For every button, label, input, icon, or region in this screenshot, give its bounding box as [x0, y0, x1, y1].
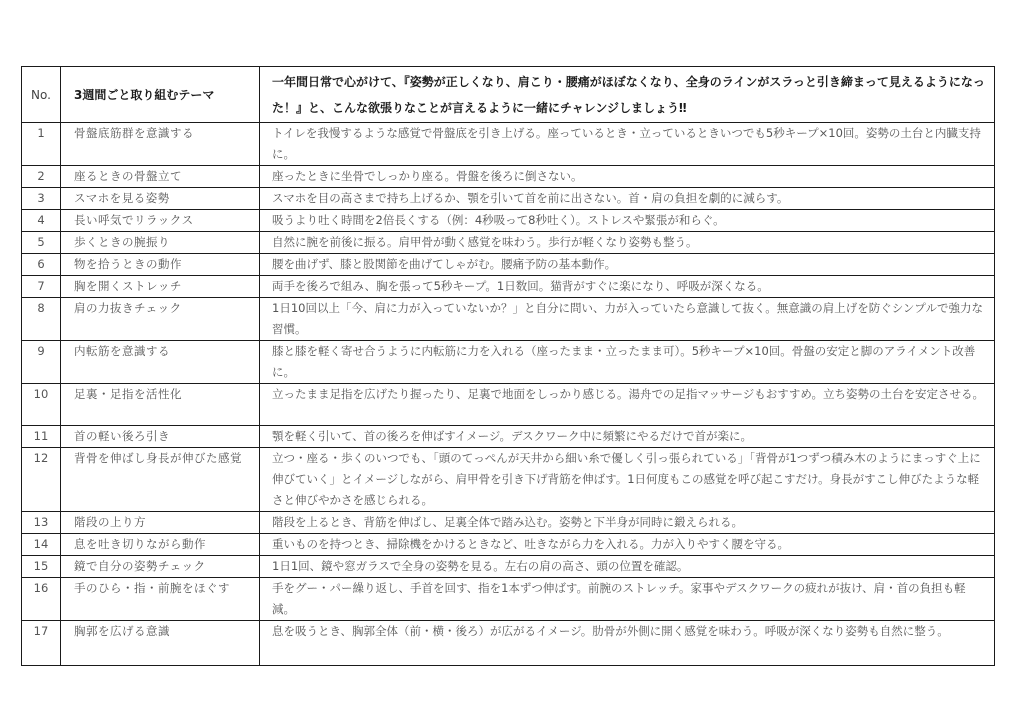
table-row: 17胸郭を広げる意識息を吸うとき、胸郭全体（前・横・後ろ）が広がるイメージ。肋骨… — [22, 621, 995, 666]
table-row: 12背骨を伸ばし身長が伸びた感覚立つ・座る・歩くのいつでも、「頭のてっぺんが天井… — [22, 448, 995, 512]
posture-challenge-sheet: No. 3週間ごと取り組むテーマ 一年間日常で心がけて、『姿勢が正しくなり、肩こ… — [21, 66, 994, 666]
row-description: 重いものを持つとき、掃除機をかけるときなど、吐きながら力を入れる。力が入りやすく… — [260, 534, 995, 556]
row-description: スマホを目の高さまで持ち上げるか、顎を引いて首を前に出さない。首・肩の負担を劇的… — [260, 188, 995, 210]
theme-table: No. 3週間ごと取り組むテーマ 一年間日常で心がけて、『姿勢が正しくなり、肩こ… — [21, 66, 995, 666]
table-row: 1骨盤底筋群を意識するトイレを我慢するような感覚で骨盤底を引き上げる。座っている… — [22, 123, 995, 166]
row-theme: 階段の上り方 — [61, 512, 260, 534]
row-theme: 物を拾うときの動作 — [61, 254, 260, 276]
row-description: トイレを我慢するような感覚で骨盤底を引き上げる。座っているとき・立っているときい… — [260, 123, 995, 166]
row-description: 息を吸うとき、胸郭全体（前・横・後ろ）が広がるイメージ。肋骨が外側に開く感覚を味… — [260, 621, 995, 666]
table-row: 14息を吐き切りながら動作重いものを持つとき、掃除機をかけるときなど、吐きながら… — [22, 534, 995, 556]
header-description: 一年間日常で心がけて、『姿勢が正しくなり、肩こり・腰痛がほぼなくなり、全身のライ… — [260, 67, 995, 123]
table-row: 13階段の上り方階段を上るとき、背筋を伸ばし、足裏全体で踏み込む。姿勢と下半身が… — [22, 512, 995, 534]
row-description: 腰を曲げず、膝と股関節を曲げてしゃがむ。腰痛予防の基本動作。 — [260, 254, 995, 276]
row-theme: 首の軽い後ろ引き — [61, 426, 260, 448]
row-description: 座ったときに坐骨でしっかり座る。骨盤を後ろに倒さない。 — [260, 166, 995, 188]
row-number: 5 — [22, 232, 61, 254]
row-number: 12 — [22, 448, 61, 512]
row-description: 1日10回以上「今、肩に力が入っていないか？」と自分に問い、力が入っていたら意識… — [260, 298, 995, 341]
row-theme: 長い呼気でリラックス — [61, 210, 260, 232]
row-number: 8 — [22, 298, 61, 341]
row-number: 10 — [22, 384, 61, 426]
row-theme: 息を吐き切りながら動作 — [61, 534, 260, 556]
row-description: 両手を後ろで組み、胸を張って5秒キープ。1日数回。猫背がすぐに楽になり、呼吸が深… — [260, 276, 995, 298]
row-theme: 背骨を伸ばし身長が伸びた感覚 — [61, 448, 260, 512]
row-number: 14 — [22, 534, 61, 556]
row-number: 11 — [22, 426, 61, 448]
row-number: 7 — [22, 276, 61, 298]
row-theme: 歩くときの腕振り — [61, 232, 260, 254]
row-number: 15 — [22, 556, 61, 578]
row-theme: 座るときの骨盤立て — [61, 166, 260, 188]
row-number: 1 — [22, 123, 61, 166]
row-description: 吸うより吐く時間を2倍長くする（例：4秒吸って8秒吐く）。ストレスや緊張が和らぐ… — [260, 210, 995, 232]
row-theme: 胸郭を広げる意識 — [61, 621, 260, 666]
row-theme: 鏡で自分の姿勢チェック — [61, 556, 260, 578]
table-row: 15鏡で自分の姿勢チェック1日1回、鏡や窓ガラスで全身の姿勢を見る。左右の肩の高… — [22, 556, 995, 578]
row-theme: 手のひら・指・前腕をほぐす — [61, 578, 260, 621]
row-theme: 内転筋を意識する — [61, 341, 260, 384]
table-row: 9内転筋を意識する膝と膝を軽く寄せ合うように内転筋に力を入れる（座ったまま・立っ… — [22, 341, 995, 384]
row-description: 顎を軽く引いて、首の後ろを伸ばすイメージ。デスクワーク中に頻繁にやるだけで首が楽… — [260, 426, 995, 448]
row-number: 3 — [22, 188, 61, 210]
table-row: 2座るときの骨盤立て座ったときに坐骨でしっかり座る。骨盤を後ろに倒さない。 — [22, 166, 995, 188]
row-theme: 骨盤底筋群を意識する — [61, 123, 260, 166]
row-number: 9 — [22, 341, 61, 384]
table-row: 10足裏・足指を活性化立ったまま足指を広げたり握ったり、足裏で地面をしっかり感じ… — [22, 384, 995, 426]
table-row: 3スマホを見る姿勢スマホを目の高さまで持ち上げるか、顎を引いて首を前に出さない。… — [22, 188, 995, 210]
row-number: 16 — [22, 578, 61, 621]
table-row: 6物を拾うときの動作腰を曲げず、膝と股関節を曲げてしゃがむ。腰痛予防の基本動作。 — [22, 254, 995, 276]
row-description: 1日1回、鏡や窓ガラスで全身の姿勢を見る。左右の肩の高さ、頭の位置を確認。 — [260, 556, 995, 578]
row-description: 自然に腕を前後に振る。肩甲骨が動く感覚を味わう。歩行が軽くなり姿勢も整う。 — [260, 232, 995, 254]
row-number: 6 — [22, 254, 61, 276]
table-row: 16手のひら・指・前腕をほぐす手をグー・パー繰り返し、手首を回す、指を1本ずつ伸… — [22, 578, 995, 621]
table-body: 1骨盤底筋群を意識するトイレを我慢するような感覚で骨盤底を引き上げる。座っている… — [22, 123, 995, 666]
table-row: 4長い呼気でリラックス吸うより吐く時間を2倍長くする（例：4秒吸って8秒吐く）。… — [22, 210, 995, 232]
row-theme: スマホを見る姿勢 — [61, 188, 260, 210]
row-number: 2 — [22, 166, 61, 188]
row-theme: 足裏・足指を活性化 — [61, 384, 260, 426]
table-row: 8肩の力抜きチェック1日10回以上「今、肩に力が入っていないか？」と自分に問い、… — [22, 298, 995, 341]
table-row: 5歩くときの腕振り自然に腕を前後に振る。肩甲骨が動く感覚を味わう。歩行が軽くなり… — [22, 232, 995, 254]
row-description: 膝と膝を軽く寄せ合うように内転筋に力を入れる（座ったまま・立ったまま可）。5秒キ… — [260, 341, 995, 384]
table-row: 7胸を開くストレッチ両手を後ろで組み、胸を張って5秒キープ。1日数回。猫背がすぐ… — [22, 276, 995, 298]
row-description: 立つ・座る・歩くのいつでも、「頭のてっぺんが天井から細い糸で優しく引っ張られてい… — [260, 448, 995, 512]
row-number: 17 — [22, 621, 61, 666]
header-theme: 3週間ごと取り組むテーマ — [61, 67, 260, 123]
row-number: 4 — [22, 210, 61, 232]
row-description: 手をグー・パー繰り返し、手首を回す、指を1本ずつ伸ばす。前腕のストレッチ。家事や… — [260, 578, 995, 621]
row-number: 13 — [22, 512, 61, 534]
header-no: No. — [22, 67, 61, 123]
row-description: 立ったまま足指を広げたり握ったり、足裏で地面をしっかり感じる。湯舟での足指マッサ… — [260, 384, 995, 426]
row-theme: 胸を開くストレッチ — [61, 276, 260, 298]
row-description: 階段を上るとき、背筋を伸ばし、足裏全体で踏み込む。姿勢と下半身が同時に鍛えられる… — [260, 512, 995, 534]
table-header-row: No. 3週間ごと取り組むテーマ 一年間日常で心がけて、『姿勢が正しくなり、肩こ… — [22, 67, 995, 123]
table-row: 11首の軽い後ろ引き顎を軽く引いて、首の後ろを伸ばすイメージ。デスクワーク中に頻… — [22, 426, 995, 448]
row-theme: 肩の力抜きチェック — [61, 298, 260, 341]
